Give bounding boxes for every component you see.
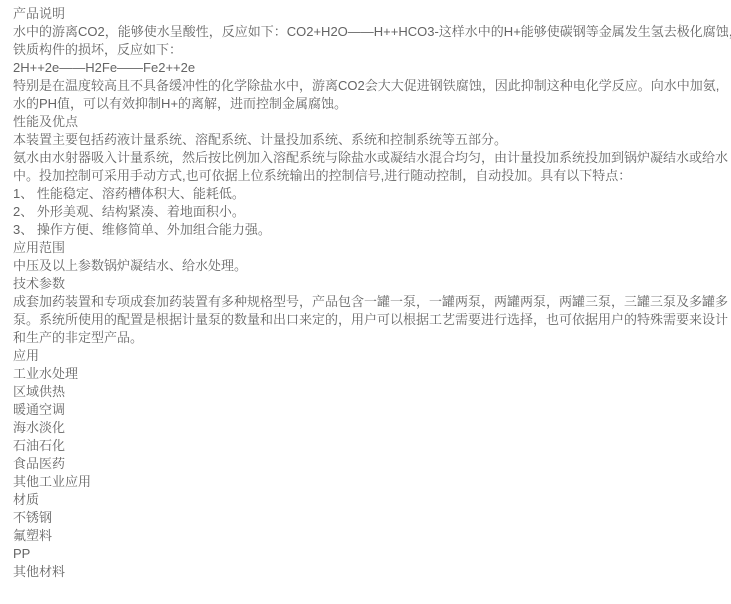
text-line: 氟塑料 — [13, 527, 727, 545]
text-line: 暖通空调 — [13, 401, 727, 419]
section-heading: 材质 — [13, 491, 727, 509]
text-line: 1、 性能稳定、溶药槽体积大、能耗低。 — [13, 185, 727, 203]
text-line: 其他工业应用 — [13, 473, 727, 491]
text-line: 水中的游离CO2，能够使水呈酸性，反应如下：CO2+H2O——H++HCO3-这… — [13, 23, 727, 41]
text-line: 泵。系统所使用的配置是根据计量泵的数量和出口来定的，用户可以根据工艺需要进行选择… — [13, 311, 727, 329]
text-line: 本装置主要包括药液计量系统、溶配系统、计量投加系统、系统和控制系统等五部分。 — [13, 131, 727, 149]
section-heading: 性能及优点 — [13, 113, 727, 131]
text-line: 食品医药 — [13, 455, 727, 473]
section-heading: 应用范围 — [13, 239, 727, 257]
text-line: 海水淡化 — [13, 419, 727, 437]
text-line: 中。投加控制可采用手动方式,也可依据上位系统输出的控制信号,进行随动控制，自动投… — [13, 167, 727, 185]
text-line: 成套加药装置和专项成套加药装置有多种规格型号，产品包含一罐一泵，一罐两泵，两罐两… — [13, 293, 727, 311]
section-heading: 应用 — [13, 347, 727, 365]
text-line: PP — [13, 545, 727, 563]
text-line: 其他材料 — [13, 563, 727, 581]
text-line: 和生产的非定型产品。 — [13, 329, 727, 347]
product-description-document: 产品说明水中的游离CO2，能够使水呈酸性，反应如下：CO2+H2O——H++HC… — [0, 0, 731, 581]
text-line: 2H++2e——H2Fe——Fe2++2e — [13, 59, 727, 77]
text-line: 石油石化 — [13, 437, 727, 455]
text-line: 氨水由水射器吸入计量系统，然后按比例加入溶配系统与除盐水或凝结水混合均匀，由计量… — [13, 149, 727, 167]
section-heading: 技术参数 — [13, 275, 727, 293]
section-heading: 产品说明 — [13, 5, 727, 23]
text-line: 区域供热 — [13, 383, 727, 401]
text-line: 水的PH值，可以有效抑制H+的离解，进而控制金属腐蚀。 — [13, 95, 727, 113]
text-line: 2、 外形美观、结构紧凑、着地面积小。 — [13, 203, 727, 221]
text-line: 3、 操作方便、维修简单、外加组合能力强。 — [13, 221, 727, 239]
text-line: 中压及以上参数锅炉凝结水、给水处理。 — [13, 257, 727, 275]
text-line: 铁质构件的损坏，反应如下： — [13, 41, 727, 59]
text-line: 工业水处理 — [13, 365, 727, 383]
text-line: 不锈钢 — [13, 509, 727, 527]
text-line: 特别是在温度较高且不具备缓冲性的化学除盐水中，游离CO2会大大促进钢铁腐蚀，因此… — [13, 77, 727, 95]
page: { "page": { "background_color": "#ffffff… — [0, 0, 731, 604]
